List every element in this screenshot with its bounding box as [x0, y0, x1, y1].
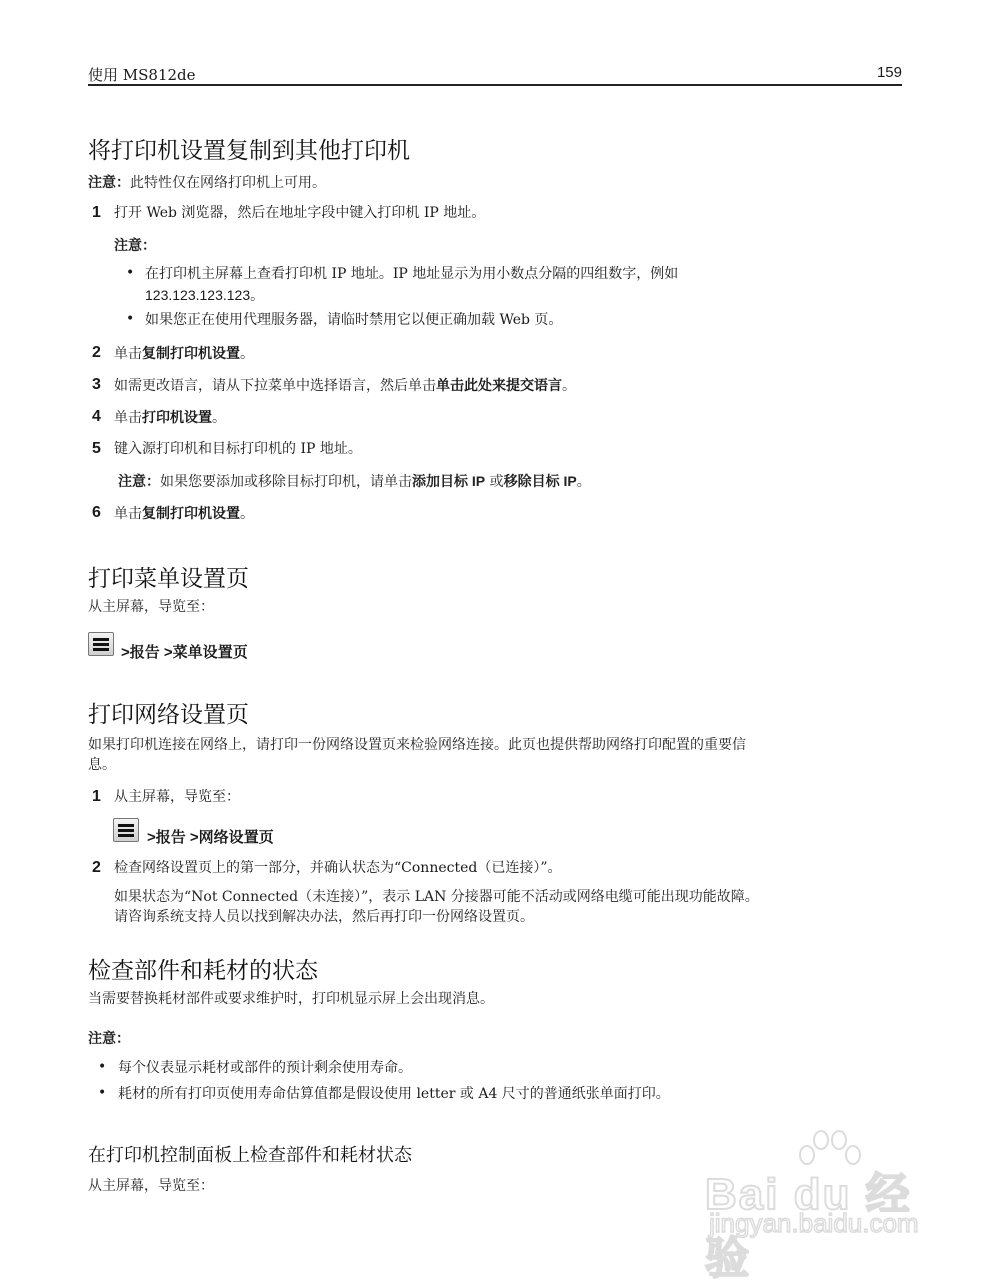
note-label: 注意：	[88, 174, 130, 190]
note-text: 此特性仅在网络打印机上可用。	[130, 175, 326, 191]
bullet-dot: •	[98, 1085, 106, 1101]
step1-note-label: 注意：	[114, 235, 156, 255]
step-text: 从主屏幕，导览至：	[114, 787, 240, 807]
section3-intro: 如果打印机连接在网络上，请打印一份网络设置页来检验网络连接。此页也提供帮助网络打…	[88, 735, 903, 775]
ui-label-remove-target-ip: 移除目标 IP	[504, 473, 577, 489]
step-text: 单击复制打印机设置。	[114, 343, 254, 364]
ui-label-submit-language: 单击此处来提交语言	[436, 377, 562, 393]
ui-label-copy-printer-settings: 复制打印机设置	[142, 505, 240, 521]
section-heading-network-setup-page: 打印网络设置页	[88, 696, 249, 729]
bullet-item: 在打印机主屏幕上查看打印机 IP 地址。IP 地址显示为用小数点分隔的四组数字，…	[145, 264, 905, 306]
step-number: 6	[92, 504, 101, 522]
menu-list-icon	[113, 818, 139, 842]
document-title: 使用 MS812de	[88, 64, 196, 85]
step-number: 1	[92, 788, 101, 806]
step-number: 3	[92, 376, 101, 394]
section1-note: 注意：此特性仅在网络打印机上可用。	[88, 172, 326, 193]
step-text: 检查网络设置页上的第一部分，并确认状态为“Connected（已连接）”。	[114, 858, 562, 878]
menu-list-icon	[88, 632, 114, 656]
section5-intro: 从主屏幕，导览至：	[88, 1176, 214, 1196]
step-number: 2	[92, 344, 101, 362]
navigation-path: >报告 >网络设置页	[147, 826, 274, 847]
step5-note: 注意：如果您要添加或移除目标打印机，请单击添加目标 IP 或移除目标 IP。	[118, 471, 591, 492]
step-text: 如需更改语言，请从下拉菜单中选择语言，然后单击单击此处来提交语言。	[114, 375, 576, 396]
step-number: 5	[92, 440, 101, 458]
note-label: 注意：	[88, 1028, 130, 1048]
section-heading-menu-settings-page: 打印菜单设置页	[88, 560, 249, 593]
step-number: 1	[92, 204, 101, 222]
section-heading-copy-settings: 将打印机设置复制到其他打印机	[88, 132, 410, 165]
step-number: 2	[92, 859, 101, 877]
ui-label-copy-printer-settings: 复制打印机设置	[142, 345, 240, 361]
section4-intro: 当需要替换耗材部件或要求维护时，打印机显示屏上会出现消息。	[88, 989, 494, 1009]
ui-label-printer-settings: 打印机设置	[142, 409, 212, 425]
bullet-item: 如果您正在使用代理服务器，请临时禁用它以便正确加载 Web 页。	[145, 310, 905, 331]
ui-label-add-target-ip: 添加目标 IP	[412, 473, 485, 489]
step-text: 打开 Web 浏览器，然后在地址字段中键入打印机 IP 地址。	[114, 203, 485, 223]
bullet-item: 耗材的所有打印页使用寿命估算值都是假设使用 letter 或 A4 尺寸的普通纸…	[118, 1084, 878, 1105]
watermark-url: jingyan.baidu.com	[709, 1208, 919, 1239]
bullet-dot: •	[126, 311, 134, 327]
step-text: 单击打印机设置。	[114, 407, 226, 428]
step2-detail: 如果状态为“Not Connected（未连接）”，表示 LAN 分接器可能不活…	[114, 887, 914, 927]
step-text: 单击复制打印机设置。	[114, 503, 254, 524]
navigation-path: >报告 >菜单设置页	[121, 641, 248, 662]
bullet-dot: •	[98, 1059, 106, 1075]
page-header: 使用 MS812de 159	[88, 62, 902, 86]
subsection-heading-control-panel: 在打印机控制面板上检查部件和耗材状态	[88, 1141, 412, 1167]
baidu-watermark: Bai du 经验 jingyan.baidu.com	[705, 1130, 945, 1240]
page-number: 159	[877, 64, 902, 81]
step-number: 4	[92, 408, 101, 426]
step-text: 键入源打印机和目标打印机的 IP 地址。	[114, 439, 362, 459]
section2-intro: 从主屏幕，导览至：	[88, 597, 214, 617]
section-heading-check-supplies: 检查部件和耗材的状态	[88, 952, 318, 985]
bullet-dot: •	[126, 265, 134, 281]
bullet-item: 每个仪表显示耗材或部件的预计剩余使用寿命。	[118, 1058, 878, 1079]
